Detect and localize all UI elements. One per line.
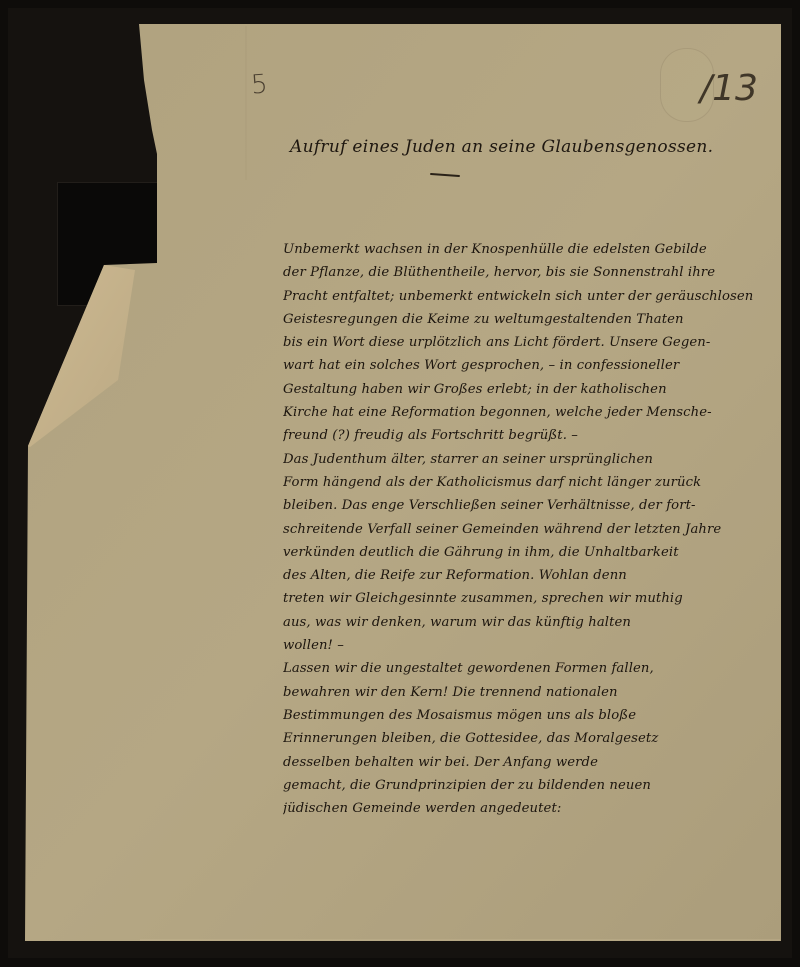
body-line: Gestaltung haben wir Großes erlebt; in d… <box>283 378 773 401</box>
body-line: freund (?) freudig als Fortschritt begrü… <box>283 424 773 447</box>
body-line: bewahren wir den Kern! Die trennend nati… <box>283 681 773 704</box>
body-line: bleiben. Das enge Verschließen seiner Ve… <box>283 494 773 517</box>
body-line: wart hat ein solches Wort gesprochen, – … <box>283 354 773 377</box>
body-line: Kirche hat eine Reformation begonnen, we… <box>283 401 773 424</box>
manuscript-title: Aufruf eines Juden an seine Glaubensgeno… <box>290 137 730 157</box>
body-line: des Alten, die Reife zur Reformation. Wo… <box>283 564 773 587</box>
body-line: aus, was wir denken, warum wir das künft… <box>283 611 773 634</box>
body-line: Erinnerungen bleiben, die Gottesidee, da… <box>283 727 773 750</box>
folio-number-right: /13 <box>700 68 758 109</box>
body-line: Unbemerkt wachsen in der Knospenhülle di… <box>283 238 773 261</box>
body-line: Geistesregungen die Keime zu weltumgesta… <box>283 308 773 331</box>
body-line: schreitende Verfall seiner Gemeinden wäh… <box>283 518 773 541</box>
body-line: bis ein Wort diese urplötzlich ans Licht… <box>283 331 773 354</box>
body-line: desselben behalten wir bei. Der Anfang w… <box>283 751 773 774</box>
body-line: Bestimmungen des Mosaismus mögen uns als… <box>283 704 773 727</box>
body-line: jüdischen Gemeinde werden angedeutet: <box>283 797 773 820</box>
body-line: Form hängend als der Katholicismus darf … <box>283 471 773 494</box>
body-line: gemacht, die Grundprinzipien der zu bild… <box>283 774 773 797</box>
body-line: der Pflanze, die Blüthentheile, hervor, … <box>283 261 773 284</box>
manuscript-body: Unbemerkt wachsen in der Knospenhülle di… <box>283 238 773 820</box>
body-line: Lassen wir die ungestaltet gewordenen Fo… <box>283 657 773 680</box>
body-line: wollen! – <box>283 634 773 657</box>
body-line: verkünden deutlich die Gährung in ihm, d… <box>283 541 773 564</box>
body-line: Pracht entfaltet; unbemerkt entwickeln s… <box>283 285 773 308</box>
folio-number-left: 5 <box>250 69 269 100</box>
body-line: treten wir Gleichgesinnte zusammen, spre… <box>283 587 773 610</box>
body-line: Das Judenthum älter, starrer an seiner u… <box>283 448 773 471</box>
scan-stage: 5 /13 Aufruf eines Juden an seine Glaube… <box>0 0 800 967</box>
